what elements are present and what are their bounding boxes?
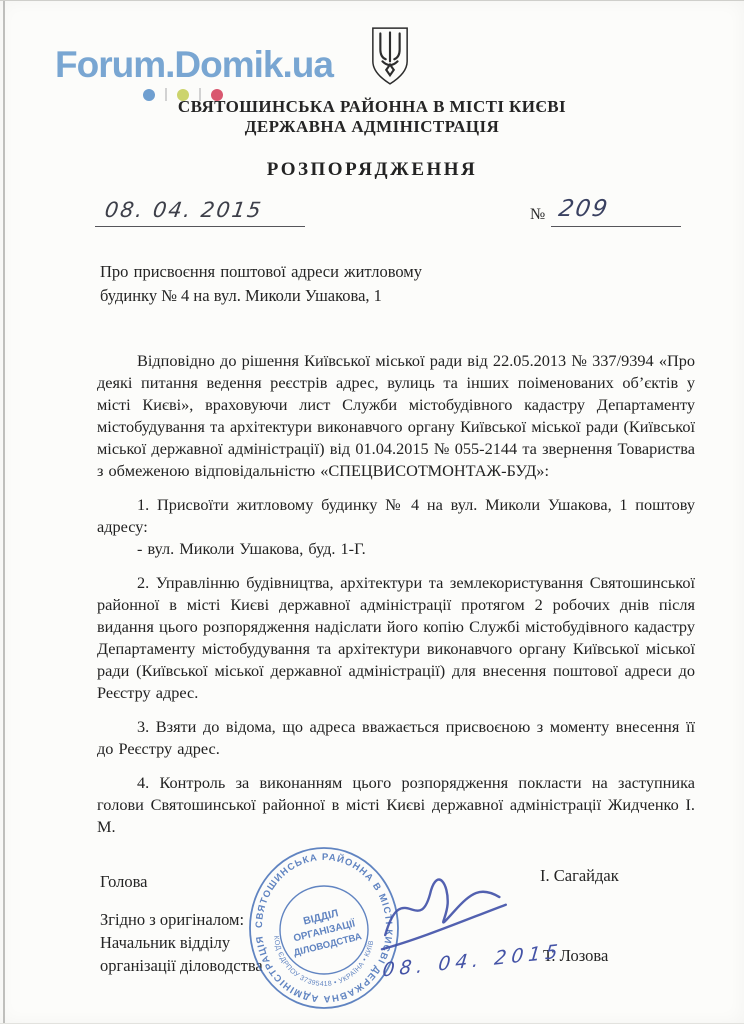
document-subject: Про присвоєння поштової адреси житловому… [100, 260, 422, 307]
certified-line1: Згідно з оригіналом: [100, 908, 263, 931]
scanned-document-page: Forum.Domik.ua СВЯТОШИНСЬКА РАЙОННА В МІ… [0, 0, 744, 1024]
paragraph-item-1-sub: - вул. Миколи Ушакова, буд. 1-Г. [97, 538, 695, 560]
paragraph-item-4: 4. Контроль за виконанням цього розпоряд… [97, 772, 695, 838]
date-field: 08. 04. 2015 [95, 198, 305, 227]
certified-line3: організації діловодства [100, 954, 263, 977]
handwritten-number: 209 [557, 196, 611, 222]
handwritten-date: 08. 04. 2015 [103, 198, 264, 222]
scan-edge [0, 0, 744, 1]
ukraine-trident-icon [368, 26, 412, 91]
watermark-text: Forum.Domik.ua [55, 44, 333, 86]
org-name-line1: СВЯТОШИНСЬКА РАЙОННА В МІСТІ КИЄВІ [0, 97, 744, 117]
watermark-logo: Forum.Domik.ua [55, 44, 333, 86]
org-name: СВЯТОШИНСЬКА РАЙОННА В МІСТІ КИЄВІ ДЕРЖА… [0, 97, 744, 137]
paragraph-preamble: Відповідно до рішення Київської міської … [97, 350, 695, 482]
certification-block: Згідно з оригіналом: Начальник відділу о… [100, 908, 263, 977]
paragraph-item-1: 1. Присвоїти житловому будинку № 4 на ву… [97, 494, 695, 538]
document-body: Відповідно до рішення Київської міської … [97, 350, 695, 850]
number-label: № [530, 206, 545, 227]
scan-edge [3, 0, 5, 1024]
document-title: РОЗПОРЯДЖЕННЯ [0, 159, 744, 181]
certified-line2: Начальник відділу [100, 931, 263, 954]
paragraph-item-3: 3. Взяти до відома, що адреса вважається… [97, 716, 695, 760]
number-field: № 209 [530, 198, 681, 227]
org-name-line2: ДЕРЖАВНА АДМІНІСТРАЦІЯ [0, 117, 744, 137]
signature-head-name: І. Сагайдак [540, 866, 619, 886]
signature-head-title: Голова [100, 872, 148, 892]
number-underline: 209 [551, 198, 681, 227]
paragraph-item-2: 2. Управлінню будівництва, архітектури т… [97, 572, 695, 704]
